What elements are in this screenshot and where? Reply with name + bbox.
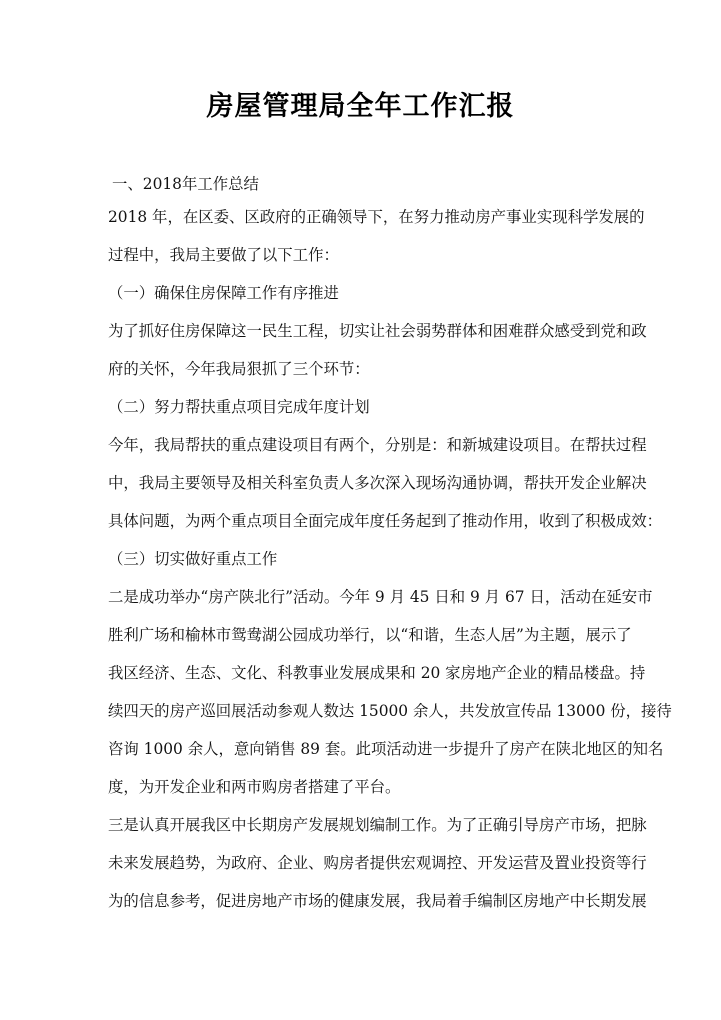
paragraph-line: 府的关怀，今年我局狠抓了三个环节： [108, 359, 370, 379]
subheading-line: （一）确保住房保障工作有序推进 [108, 283, 339, 303]
paragraph-line: 为了抓好住房保障这一民生工程，切实让社会弱势群体和困难群众感受到党和政 [108, 321, 613, 341]
paragraph-line: 中，我局主要领导及相关科室负责人多次深入现场沟通协调，帮扶开发企业解决 [108, 473, 613, 493]
paragraph-line: 为的信息参考，促进房地产市场的健康发展，我局着手编制区房地产中长期发展 [108, 891, 613, 911]
paragraph-line: 三是认真开展我区中长期房产发展规划编制工作。为了正确引导房产市场，把脉 [108, 815, 613, 835]
paragraph-line: 今年，我局帮扶的重点建设项目有两个，分别是：和新城建设项目。在帮扶过程 [108, 435, 613, 455]
paragraph-line: 胜利广场和榆林市鸳鸯湖公园成功举行，以“和谐，生态人居”为主题，展示了 [108, 625, 613, 645]
paragraph-line: 咨询 1000 余人，意向销售 89 套。此项活动进一步提升了房产在陕北地区的知… [108, 739, 613, 759]
subheading-line: （二）努力帮扶重点项目完成年度计划 [108, 397, 370, 417]
heading-line: 一、2018年工作总结 [112, 174, 259, 194]
subheading-line: （三）切实做好重点工作 [108, 549, 277, 569]
paragraph-line: 未来发展趋势，为政府、企业、购房者提供宏观调控、开发运营及置业投资等行 [108, 853, 613, 873]
paragraph-line: 二是成功举办“房产陕北行”活动。今年 9 月 45 日和 9 月 67 日，活动… [108, 587, 613, 607]
document-title: 房屋管理局全年工作汇报 [0, 84, 721, 123]
paragraph-line: 具体问题，为两个重点项目全面完成年度任务起到了推动作用，收到了积极成效： [108, 511, 613, 531]
paragraph-line: 度，为开发企业和两市购房者搭建了平台。 [108, 777, 400, 797]
paragraph-line: 续四天的房产巡回展活动参观人数达 15000 余人，共发放宣传品 13000 份… [108, 701, 613, 721]
paragraph-line: 过程中，我局主要做了以下工作： [108, 245, 339, 265]
paragraph-line: 2018 年，在区委、区政府的正确领导下，在努力推动房产事业实现科学发展的 [108, 207, 613, 227]
paragraph-line: 我区经济、生态、文化、科教事业发展成果和 20 家房地产企业的精品楼盘。持 [108, 663, 613, 683]
document-page: 房屋管理局全年工作汇报 一、2018年工作总结2018 年，在区委、区政府的正确… [0, 0, 721, 1020]
